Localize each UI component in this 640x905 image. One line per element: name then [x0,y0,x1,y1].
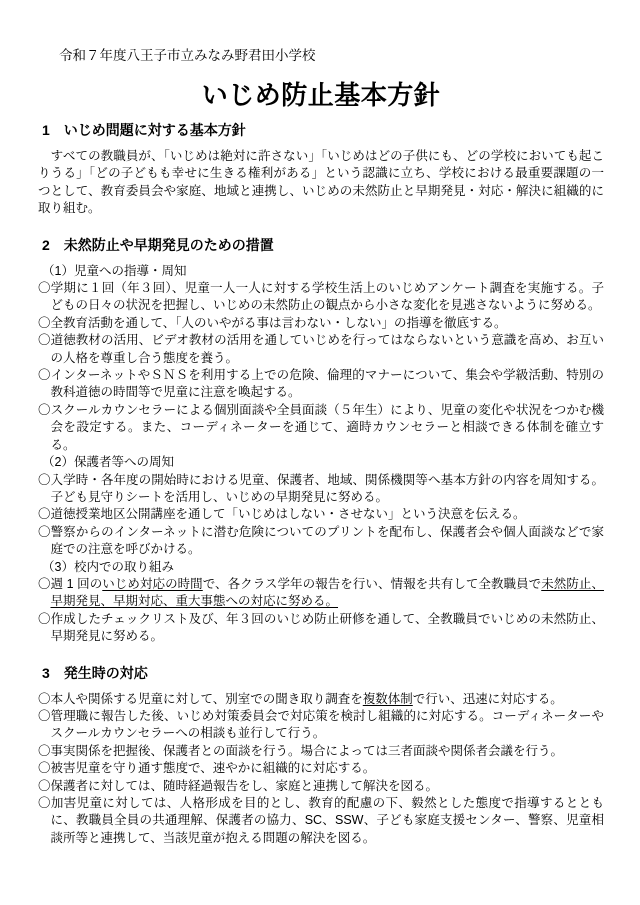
school-year-line: 令和７年度八王子市立みなみ野君田小学校 [59,47,604,65]
underlined-text: いじめ対応の時間 [102,577,202,591]
text-segment: （3）校内での取り組み [42,560,174,574]
document-body: 1 いじめ問題に対する基本方針 すべての教職員が、「いじめは絶対に許さない」「い… [38,121,604,847]
bullet-item: 〇保護者に対しては、随時経過報告をし、家庭と連携して解決を図る。 [38,778,604,795]
text-segment: 〇学期に１回（年３回）、児童一人一人に対する学校生活上のいじめアンケート調査を実… [38,281,604,312]
bullet-item: 〇加害児童に対しては、人格形成を目的とし、教育的配慮の下、毅然とした態度で指導す… [38,795,604,847]
underlined-text: 複数体制 [363,692,413,706]
bullet-item: 〇被害児童を守り通す態度で、速やかに組織的に対応する。 [38,760,604,777]
text-segment: （1）児童への指導・周知 [42,264,186,278]
text-segment: で、各クラス学年の報告を行い、情報を共有して全教職員で [203,577,541,591]
subsection-heading: （2）保護者等への周知 [38,454,604,471]
bullet-item: 〇管理職に報告した後、いじめ対策委員会で対応策を検討し組織的に対応する。コーディ… [38,708,604,743]
text-segment: 〇管理職に報告した後、いじめ対策委員会で対応策を検討し組織的に対応する。コーディ… [38,709,604,740]
bullet-item: 〇スクールカウンセラーによる個別面談や全員面談（５年生）により、児童の変化や状況… [38,402,604,454]
text-segment: 〇警察からのインターネットに潜む危険についてのプリントを配布し、保護者会や個人面… [38,525,604,556]
bullet-item: 〇本人や関係する児童に対して、別室での聞き取り調査を複数体制で行い、迅速に対応す… [38,691,604,708]
bullet-item: 〇道徳教材の活用、ビデオ教材の活用を通していじめを行ってはならないという意識を高… [38,332,604,367]
subsection-heading: （3）校内での取り組み [38,559,604,576]
text-segment: 〇道徳授業地区公開講座を通して「いじめはしない・させない」という決意を伝える。 [38,507,526,521]
text-segment: 〇道徳教材の活用、ビデオ教材の活用を通していじめを行ってはならないという意識を高… [38,333,604,364]
bullet-item: 〇事実関係を把握後、保護者との面談を行う。場合によっては三者面談や関係者会議を行… [38,743,604,760]
text-segment: 〇保護者に対しては、随時経過報告をし、家庭と連携して解決を図る。 [38,779,438,793]
bullet-item: 〇学期に１回（年３回）、児童一人一人に対する学校生活上のいじめアンケート調査を実… [38,280,604,315]
bullet-item: 〇作成したチェックリスト及び、年３回のいじめ防止研修を通して、全教職員でいじめの… [38,611,604,646]
text-segment: すべての教職員が、「いじめは絶対に許さない」「いじめはどの子供にも、どの学校にお… [38,149,604,215]
text-segment: で行い、迅速に対応する。 [413,692,563,706]
text-segment: 〇本人や関係する児童に対して、別室での聞き取り調査を [38,692,363,706]
bullet-item: 〇道徳授業地区公開講座を通して「いじめはしない・させない」という決意を伝える。 [38,506,604,523]
text-segment: 〇入学時・各年度の開始時における児童、保護者、地域、関係機関等へ基本方針の内容を… [38,473,604,504]
text-segment: 〇作成したチェックリスト及び、年３回のいじめ防止研修を通して、全教職員でいじめの… [38,612,604,643]
bullet-item: 〇週 1 回のいじめ対応の時間で、各クラス学年の報告を行い、情報を共有して全教職… [38,576,604,611]
section-heading-2: 2 未然防止や早期発見のための措置 [38,236,604,254]
bullet-item: 〇全教育活動を通して、「人のいやがる事は言わない・しない」の指導を徹底する。 [38,315,604,332]
text-segment: 〇事実関係を把握後、保護者との面談を行う。場合によっては三者面談や関係者会議を行… [38,744,563,758]
text-segment: 〇インターネットやＳＮＳを利用する上での危険、倫理的マナーについて、集会や学級活… [38,368,604,399]
text-segment: 〇週 1 回の [38,577,102,591]
section-heading-3: 3 発生時の対応 [38,664,604,682]
text-segment: 〇スクールカウンセラーによる個別面談や全員面談（５年生）により、児童の変化や状況… [38,403,604,452]
bullet-item: 〇警察からのインターネットに潜む危険についてのプリントを配布し、保護者会や個人面… [38,524,604,559]
text-segment: 〇被害児童を守り通す態度で、速やかに組織的に対応する。 [38,761,375,775]
text-segment: 〇全教育活動を通して、「人のいやがる事は言わない・しない」の指導を徹底する。 [38,316,507,330]
text-segment: （2）保護者等への周知 [42,455,174,469]
document-title: いじめ防止基本方針 [38,78,604,112]
subsection-heading: （1）児童への指導・周知 [38,263,604,280]
bullet-item: 〇入学時・各年度の開始時における児童、保護者、地域、関係機関等へ基本方針の内容を… [38,472,604,507]
section-heading-1: 1 いじめ問題に対する基本方針 [38,121,604,139]
document-page: 令和７年度八王子市立みなみ野君田小学校 いじめ防止基本方針 1 いじめ問題に対す… [0,0,640,905]
bullet-item: 〇インターネットやＳＮＳを利用する上での危険、倫理的マナーについて、集会や学級活… [38,367,604,402]
text-segment: 〇加害児童に対しては、人格形成を目的とし、教育的配慮の下、毅然とした態度で指導す… [38,796,604,845]
body-paragraph: すべての教職員が、「いじめは絶対に許さない」「いじめはどの子供にも、どの学校にお… [38,148,604,218]
